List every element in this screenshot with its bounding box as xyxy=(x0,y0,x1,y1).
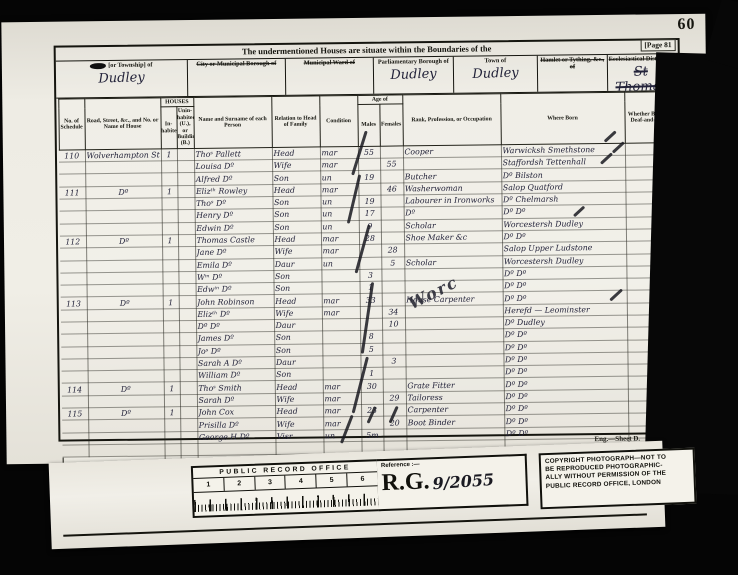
cell-inhabited xyxy=(163,333,179,345)
cell-relation: Wife xyxy=(272,159,320,172)
cell-age-female xyxy=(381,207,404,220)
cell-schedule xyxy=(61,322,87,335)
cell-schedule: 115 xyxy=(62,408,88,421)
cell-inhabited xyxy=(162,222,178,234)
cell-street xyxy=(85,173,161,186)
cell-relation: Wife xyxy=(275,417,323,430)
ink-blot xyxy=(90,63,106,69)
cell-uninhabited xyxy=(179,296,196,309)
jurisdiction-box: City or Municipal Borough of xyxy=(188,59,286,96)
cell-street xyxy=(87,284,163,297)
cell-street xyxy=(85,198,161,211)
cell-name: Thomas Castle xyxy=(195,233,273,246)
cell-uninhabited xyxy=(178,271,195,284)
cell-name: Sarah A Dº xyxy=(196,356,274,369)
cell-age-female xyxy=(382,330,405,343)
cell-age-female: 28 xyxy=(381,244,404,257)
cell-street xyxy=(88,432,164,445)
cell-condition: mar xyxy=(323,417,361,430)
cell-name: John Robinson xyxy=(196,295,274,308)
page-label: [Page 81 xyxy=(640,39,675,51)
cell-relation: Head xyxy=(273,233,321,246)
cell-age-female xyxy=(381,269,404,282)
cell-inhabited: 1 xyxy=(164,407,180,419)
ruled-line xyxy=(63,513,647,536)
cell-street xyxy=(85,161,161,174)
ruler-number: 4 xyxy=(286,474,317,488)
cell-age-male: 3 xyxy=(359,269,381,282)
jurisdiction-label: [or Township] of xyxy=(108,61,152,69)
cell-relation: Head xyxy=(272,147,320,160)
cell-inhabited xyxy=(163,358,179,370)
cell-uninhabited xyxy=(178,234,195,247)
cell-schedule xyxy=(62,371,88,384)
cell-name: Prisilla Dº xyxy=(197,418,275,431)
cell-inhabited xyxy=(162,259,178,271)
cell-condition xyxy=(323,368,361,381)
cell-name: William Dº xyxy=(197,369,275,382)
cell-age-male xyxy=(359,257,381,270)
cell-schedule xyxy=(62,445,88,458)
cell-inhabited xyxy=(162,210,178,222)
cell-uninhabited xyxy=(177,173,194,186)
cell-uninhabited xyxy=(178,222,195,235)
cell-age-male xyxy=(361,417,383,430)
cell-name: John Cox xyxy=(197,406,275,419)
col-age: Age of xyxy=(357,95,402,105)
cell-relation: Wife xyxy=(275,393,323,406)
cell-age-female: 46 xyxy=(380,183,403,196)
cell-age-female xyxy=(382,281,405,294)
cell-inhabited: 1 xyxy=(162,235,178,247)
cell-relation: Son xyxy=(273,221,321,234)
cell-street: Dº xyxy=(88,382,164,395)
ruler-number: 3 xyxy=(255,476,286,490)
folio-number: 60 xyxy=(677,16,695,34)
cell-inhabited: 1 xyxy=(164,382,180,394)
cell-condition xyxy=(322,318,360,331)
cell-name: Edwin Dº xyxy=(195,221,273,234)
cell-condition: mar xyxy=(322,294,360,307)
jurisdiction-label: Hamlet or Tything, &c., of xyxy=(540,56,604,70)
cell-relation: Visr xyxy=(275,430,323,443)
cell-uninhabited xyxy=(177,198,194,211)
jurisdiction-label: Town of xyxy=(484,57,506,64)
cell-inhabited: 1 xyxy=(163,296,179,308)
jurisdiction-label: Parliamentary Borough of xyxy=(378,58,449,66)
cell-condition xyxy=(322,355,360,368)
jurisdiction-label: Municipal Ward of xyxy=(304,59,355,67)
cell-relation: Son xyxy=(274,331,322,344)
cell-name: Thoˢ Smith xyxy=(197,381,275,394)
cell-uninhabited xyxy=(178,247,195,260)
cell-name xyxy=(197,442,275,455)
cell-name: Thoˢ Pallett xyxy=(194,147,272,160)
cell-uninhabited xyxy=(179,333,196,346)
cell-age-male xyxy=(358,183,380,196)
cell-age-female xyxy=(381,232,404,245)
cell-street xyxy=(87,321,163,334)
cell-inhabited xyxy=(162,271,178,283)
cell-name: Emila Dº xyxy=(195,258,273,271)
cell-condition: un xyxy=(321,257,359,270)
cell-relation: Daur xyxy=(274,319,322,332)
cell-condition: mar xyxy=(321,232,359,245)
col-road: Road, Street, &c., and No. or Name of Ho… xyxy=(84,98,161,150)
cell-inhabited: 1 xyxy=(161,185,177,197)
col-name: Name and Surname of each Person xyxy=(193,97,272,149)
cell-name: Joˢ Dº xyxy=(196,344,274,357)
cell-name: Alfred Dº xyxy=(194,172,272,185)
cell-street xyxy=(86,222,162,235)
jurisdiction-value xyxy=(286,67,373,70)
jurisdiction-box: Parliamentary Borough of Dudley xyxy=(374,57,454,94)
cell-occupation xyxy=(405,329,503,342)
cell-age-female xyxy=(381,220,404,233)
cell-schedule xyxy=(59,162,85,175)
cell-relation: Head xyxy=(274,294,322,307)
col-condition: Condition xyxy=(319,95,358,146)
cell-street xyxy=(86,247,162,260)
jurisdiction-box: Municipal Ward of xyxy=(286,58,374,95)
jurisdiction-label: City or Municipal Borough of xyxy=(196,60,276,68)
cell-age-female xyxy=(383,379,406,392)
cell-inhabited xyxy=(163,284,179,296)
cell-name: Henry Dº xyxy=(195,209,273,222)
cell-street xyxy=(87,333,163,346)
cell-uninhabited xyxy=(179,284,196,297)
cell-street: Dº xyxy=(85,186,161,199)
cell-schedule xyxy=(60,273,86,286)
cell-age-female xyxy=(382,342,405,355)
cell-name: George H Dº xyxy=(197,430,275,443)
cell-uninhabited xyxy=(178,210,195,223)
cell-name: Wᵐ Dº xyxy=(195,270,273,283)
cell-age-female xyxy=(380,146,403,159)
cell-occupation xyxy=(405,317,503,330)
cell-street xyxy=(86,272,162,285)
cell-schedule: 113 xyxy=(61,297,87,310)
cell-age-male: 30 xyxy=(361,380,383,393)
cell-age-female: 10 xyxy=(382,318,405,331)
jurisdiction-value: Dudley xyxy=(374,66,453,84)
cell-age-female xyxy=(380,170,403,183)
cell-uninhabited xyxy=(180,443,197,456)
cell-condition: un xyxy=(321,208,359,221)
cell-relation: Son xyxy=(274,282,322,295)
cell-age-female xyxy=(383,367,406,380)
cell-condition: mar xyxy=(320,146,358,159)
cell-name: Elizᵗʰ Rowley xyxy=(194,184,272,197)
cell-condition xyxy=(322,331,360,344)
cell-inhabited xyxy=(164,394,180,406)
cell-condition xyxy=(322,282,360,295)
cell-age-female xyxy=(380,195,403,208)
cell-inhabited xyxy=(161,198,177,210)
cell-schedule xyxy=(60,223,86,236)
cell-uninhabited xyxy=(177,161,194,174)
cell-inhabited xyxy=(164,431,180,443)
jurisdiction-value: Dudley xyxy=(454,65,537,83)
reference-stamp: Reference :— R.G. 9/2055 xyxy=(377,454,529,511)
cell-name: Edwⁱⁿ Dº xyxy=(196,283,274,296)
cell-street xyxy=(88,395,164,408)
cell-relation: Son xyxy=(272,196,320,209)
ruler-number: 5 xyxy=(317,473,348,487)
cell-age-female: 5 xyxy=(381,256,404,269)
cell-age-male xyxy=(361,392,383,405)
cell-occupation xyxy=(406,427,504,440)
cell-inhabited xyxy=(163,308,179,320)
cell-schedule xyxy=(62,432,88,445)
cell-relation: Son xyxy=(273,208,321,221)
ruler-number: 1 xyxy=(193,478,224,492)
cell-age-female xyxy=(382,293,405,306)
col-rank: Rank, Profession, or Occupation xyxy=(402,94,501,146)
cell-schedule xyxy=(61,309,87,322)
cell-street: Dº xyxy=(88,407,164,420)
cell-inhabited xyxy=(161,161,177,173)
cell-street xyxy=(86,259,162,272)
cell-age-female: 20 xyxy=(383,416,406,429)
cell-inhabited xyxy=(161,173,177,185)
cell-age-female xyxy=(383,429,406,442)
cell-relation: Son xyxy=(274,344,322,357)
cell-schedule xyxy=(59,174,85,187)
reference-series: R.G. xyxy=(381,468,430,496)
cell-street: Dº xyxy=(87,296,163,309)
cell-occupation: Scholar xyxy=(404,255,502,268)
cell-age-male: 19 xyxy=(358,195,380,208)
cell-schedule xyxy=(61,359,87,372)
cell-condition: mar xyxy=(322,306,360,319)
cell-uninhabited xyxy=(180,419,197,432)
cell-condition: mar xyxy=(323,380,361,393)
cell-inhabited xyxy=(164,419,180,431)
cell-inhabited xyxy=(164,444,180,456)
copyright-stamp: COPYRIGHT PHOTOGRAPH—NOT TOBE REPRODUCED… xyxy=(539,448,697,510)
cell-age-male: 5m xyxy=(361,429,383,442)
col-inhabited: In-habited xyxy=(160,107,177,149)
cell-street xyxy=(88,419,164,432)
col-females: Females xyxy=(379,104,403,146)
cell-street: Wolverhampton St xyxy=(85,149,161,162)
cell-street xyxy=(87,358,163,371)
cell-name: Thoˢ Dº xyxy=(194,197,272,210)
cell-street xyxy=(87,345,163,358)
cell-name: Jane Dº xyxy=(195,246,273,259)
table-header: No. of Schedule Road, Street, &c., and N… xyxy=(58,92,677,150)
cell-schedule: 114 xyxy=(62,383,88,396)
photo-background: 60 [Page 81 The undermentioned Houses ar… xyxy=(0,0,738,575)
jurisdiction-value xyxy=(188,68,285,71)
cell-uninhabited xyxy=(179,308,196,321)
cell-uninhabited xyxy=(177,185,194,198)
cell-condition: mar xyxy=(321,245,359,258)
cell-schedule xyxy=(62,420,88,433)
cell-relation: Wife xyxy=(274,307,322,320)
cell-schedule xyxy=(61,285,87,298)
cell-street xyxy=(87,309,163,322)
cell-relation: Daur xyxy=(273,257,321,270)
cell-condition xyxy=(322,343,360,356)
cell-age-male: 17 xyxy=(359,208,381,221)
cell-uninhabited xyxy=(180,370,197,383)
cell-relation: Head xyxy=(275,380,323,393)
cell-schedule xyxy=(60,260,86,273)
cell-relation: Son xyxy=(275,368,323,381)
jurisdiction-box: Hamlet or Tything, &c., of xyxy=(538,55,608,92)
cell-relation: Son xyxy=(273,270,321,283)
jurisdiction-box: Town of Dudley xyxy=(454,56,538,93)
census-form: [Page 81 The undermentioned Houses are s… xyxy=(54,38,685,442)
cell-uninhabited xyxy=(177,148,194,161)
jurisdiction-box: [or Township] of Dudley xyxy=(56,60,188,98)
cell-uninhabited xyxy=(180,382,197,395)
cell-street xyxy=(86,210,162,223)
cell-name: Dº Dº xyxy=(196,320,274,333)
cell-name: James Dº xyxy=(196,332,274,345)
reference-piece-number: 9/2055 xyxy=(432,470,495,493)
reference-value: R.G. 9/2055 xyxy=(381,465,522,496)
cell-uninhabited xyxy=(180,407,197,420)
cell-inhabited xyxy=(163,321,179,333)
col-relation: Relation to Head of Family xyxy=(271,96,320,147)
cell-inhabited xyxy=(164,370,180,382)
cell-age-female: 55 xyxy=(380,158,403,171)
cell-age-female: 29 xyxy=(383,392,406,405)
pro-stamp: PUBLIC RECORD OFFICE 123456 xyxy=(191,459,381,518)
cell-age-male xyxy=(360,306,382,319)
cell-schedule: 112 xyxy=(60,236,86,249)
cell-name: Elizᵗʰ Dº xyxy=(196,307,274,320)
cell-uninhabited xyxy=(179,357,196,370)
cell-schedule xyxy=(61,334,87,347)
cell-schedule xyxy=(62,396,88,409)
cell-schedule xyxy=(61,346,87,359)
cell-inhabited xyxy=(163,345,179,357)
jurisdiction-value: Dudley xyxy=(56,69,187,88)
cell-relation: Daur xyxy=(274,356,322,369)
cell-street xyxy=(88,444,164,457)
cell-schedule: 111 xyxy=(59,187,85,200)
cell-uninhabited xyxy=(178,259,195,272)
photo-edge-shadow xyxy=(644,52,738,495)
cell-age-female: 3 xyxy=(382,355,405,368)
cell-age-male: 19 xyxy=(358,171,380,184)
cell-relation: Head xyxy=(272,184,320,197)
ruler-number: 2 xyxy=(224,477,255,491)
cell-relation: Head xyxy=(275,405,323,418)
cell-age-female: 34 xyxy=(382,306,405,319)
cell-street: Dº xyxy=(86,235,162,248)
col-schedule: No. of Schedule xyxy=(58,99,85,150)
cell-uninhabited xyxy=(180,394,197,407)
cell-name: Louisa Dº xyxy=(194,160,272,173)
cell-schedule xyxy=(60,248,86,261)
col-uninhabited: Unin-habited (U.), or Building (B.) xyxy=(176,107,194,149)
cell-schedule xyxy=(59,199,85,212)
cell-uninhabited xyxy=(179,345,196,358)
cell-occupation xyxy=(405,341,503,354)
col-houses: HOUSES xyxy=(160,97,193,107)
cell-uninhabited xyxy=(180,431,197,444)
jurisdiction-value xyxy=(538,71,607,73)
cell-condition: un xyxy=(321,220,359,233)
cell-street xyxy=(88,370,164,383)
cell-schedule xyxy=(60,211,86,224)
cell-occupation: Scholar xyxy=(404,218,502,231)
cell-inhabited xyxy=(162,247,178,259)
cell-relation: Son xyxy=(272,171,320,184)
cell-uninhabited xyxy=(179,320,196,333)
cell-inhabited: 1 xyxy=(161,149,177,161)
ruler-number: 6 xyxy=(347,472,377,486)
cell-occupation: Shoe Maker &c xyxy=(404,231,502,244)
cell-age-male xyxy=(358,158,380,171)
census-sheet: 60 [Page 81 The undermentioned Houses ar… xyxy=(1,14,710,465)
cell-schedule: 110 xyxy=(59,150,85,163)
cell-occupation xyxy=(404,243,502,256)
cell-name: Sarah Dº xyxy=(197,393,275,406)
cell-relation: Wife xyxy=(273,245,321,258)
